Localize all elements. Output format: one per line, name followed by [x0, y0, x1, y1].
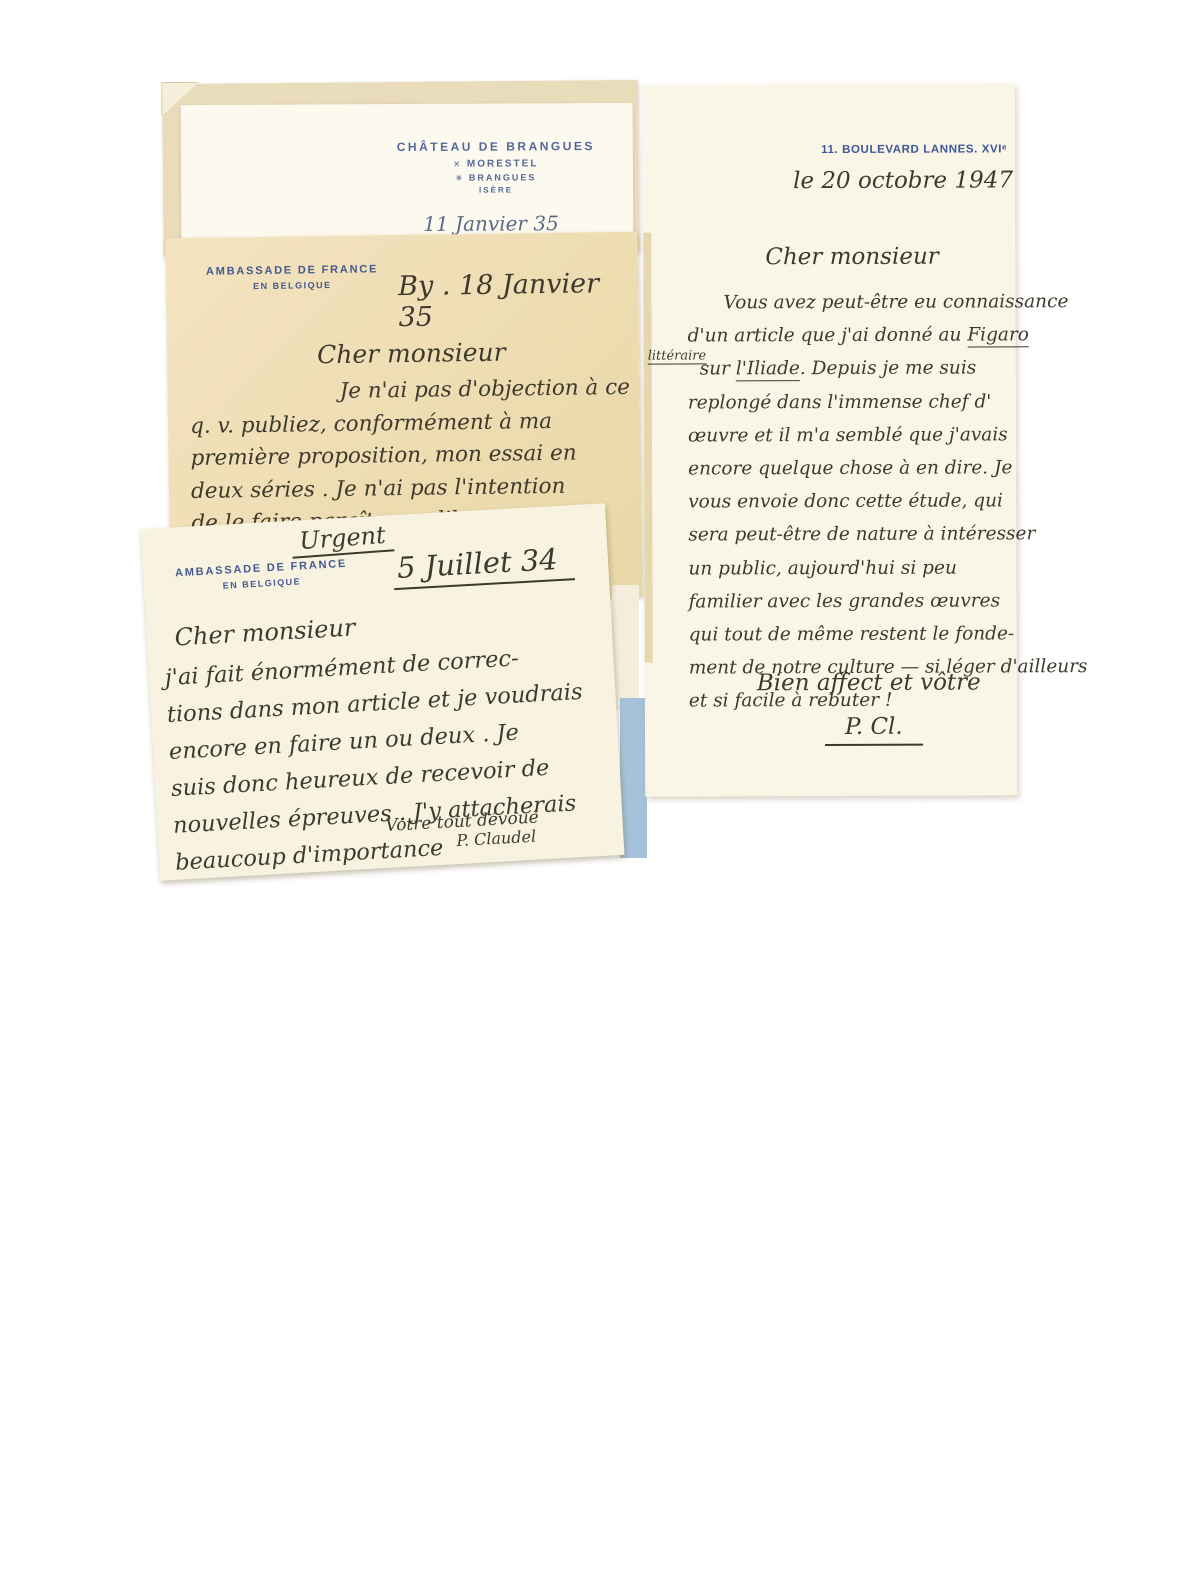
boulevard-closing: Bien affect et vôtre [757, 669, 981, 696]
line-text: d'un article que j'ai donné au [688, 325, 968, 347]
card-letterhead: AMBASSADE DE FRANCE EN BELGIQUE [175, 558, 349, 594]
handwritten-line: sera peut-être de nature à intéresser [688, 518, 1022, 552]
handwritten-line: première proposition, mon essai en [190, 437, 630, 476]
chateau-letterhead-telegraph: BRANGUES [469, 172, 537, 182]
scanned-letters-collage: CHÂTEAU DE BRANGUES ✕ MORESTEL ✳ BRANGUE… [0, 0, 1196, 1595]
ambassade-handwritten-date: By . 18 Janvier 35 [398, 268, 639, 333]
handwritten-line: d'un article que j'ai donné au Figaro [688, 319, 1022, 353]
chateau-letterhead-gare: MORESTEL [467, 158, 539, 169]
ambassade-letterhead-line1: AMBASSADE DE FRANCE [206, 263, 378, 277]
handwritten-line: Vous avez peut-être eu connaissance [687, 285, 1021, 319]
line-text: sur [700, 359, 736, 380]
handwritten-line: vous envoie donc cette étude, qui [688, 485, 1022, 519]
telegraph-icon: ✳ [456, 174, 465, 183]
letter-boulevard-lannes-1947: 11. BOULEVARD LANNES. XVIᵉ le 20 octobre… [643, 83, 1017, 796]
card-body: j'ai fait énormément de correc- tions da… [164, 635, 621, 881]
handwritten-line: œuvre et il m'a semblé que j'avais [688, 418, 1022, 452]
handwritten-line: Je n'ai pas d'objection à ce [189, 372, 629, 411]
paper-edge-strip [612, 585, 639, 710]
card-urgent-note: Urgent [290, 520, 394, 558]
chateau-letterhead-gare-line: ✕ MORESTEL [381, 158, 611, 170]
ambassade-letterhead-line2: EN BELGIQUE [206, 279, 378, 291]
gare-icon: ✕ [453, 160, 462, 169]
chateau-letterhead-departement: ISÈRE [381, 185, 611, 195]
handwritten-line: familier avec les grandes œuvres [689, 584, 1023, 618]
boulevard-handwritten-date: le 20 octobre 1947 [793, 167, 1013, 194]
line-text: . Depuis je me suis [800, 358, 976, 380]
handwritten-line: replongé dans l'immense chef d' [688, 385, 1022, 419]
handwritten-line: qui tout de même restent le fonde- [689, 617, 1023, 651]
chateau-letterhead-telegraph-line: ✳ BRANGUES [381, 172, 611, 183]
underlined-word-figaro: Figaro [967, 325, 1029, 348]
card-salutation: Cher monsieur [174, 613, 356, 651]
handwritten-line: encore quelque chose à en dire. Je [688, 451, 1022, 485]
chateau-letterhead: CHÂTEAU DE BRANGUES ✕ MORESTEL ✳ BRANGUE… [381, 139, 611, 195]
ambassade-salutation: Cher monsieur [317, 338, 506, 370]
handwritten-line: un public, aujourd'hui si peu [688, 551, 1022, 585]
card-ambassade-1934: AMBASSADE DE FRANCE EN BELGIQUE Urgent 5… [141, 503, 625, 880]
handwritten-line: sur l'Iliade. Depuis je me suis [688, 352, 1022, 386]
chateau-letterhead-title: CHÂTEAU DE BRANGUES [381, 139, 611, 154]
ambassade-letterhead: AMBASSADE DE FRANCE EN BELGIQUE [206, 263, 379, 291]
boulevard-signature: P. Cl. [825, 714, 923, 746]
boulevard-letterhead: 11. BOULEVARD LANNES. XVIᵉ [821, 143, 1007, 156]
boulevard-salutation: Cher monsieur [765, 244, 938, 271]
boulevard-body: Vous avez peut-être eu connaissance d'un… [687, 285, 1023, 718]
underlined-word-iliade: l'Iliade [736, 359, 800, 382]
blue-paper-sliver [620, 698, 647, 858]
card-handwritten-date: 5 Juillet 34 [392, 541, 575, 590]
